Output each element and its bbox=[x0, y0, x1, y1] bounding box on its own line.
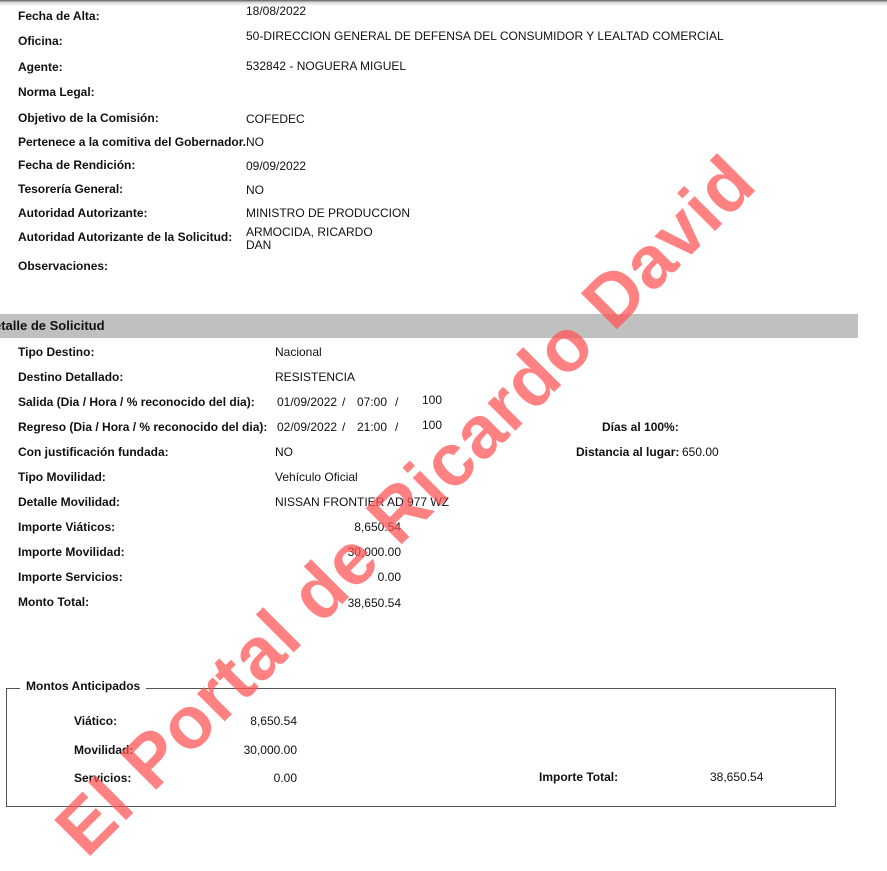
servicios-label: Servicios: bbox=[74, 771, 131, 785]
autoridad-solicitud-label: Autoridad Autorizante de la Solicitud: bbox=[18, 230, 232, 244]
oficina-label: Oficina: bbox=[18, 34, 63, 48]
regreso-percent: 100 bbox=[422, 418, 442, 432]
regreso-sep-1: / bbox=[342, 420, 345, 434]
objetivo-value: COFEDEC bbox=[246, 112, 305, 126]
montos-anticipados-title: Montos Anticipados bbox=[20, 679, 146, 693]
justificacion-value: NO bbox=[275, 445, 293, 459]
fecha-rendicion-value: 09/09/2022 bbox=[246, 159, 306, 173]
regreso-time: 21:00 bbox=[357, 420, 387, 434]
salida-sep-1: / bbox=[342, 395, 345, 409]
comitiva-value: NO bbox=[246, 135, 264, 149]
comitiva-label: Pertenece a la comitiva del Gobernador. bbox=[18, 135, 246, 149]
fecha-alta-value: 18/08/2022 bbox=[246, 4, 306, 18]
importe-movilidad-value: 30,000.00 bbox=[300, 545, 401, 559]
dias-100-label: Días al 100%: bbox=[602, 420, 679, 434]
detalle-solicitud-header: etalle de Solicitud bbox=[0, 314, 858, 338]
autoridad-autorizante-value: MINISTRO DE PRODUCCION bbox=[246, 206, 410, 220]
tipo-destino-label: Tipo Destino: bbox=[18, 345, 94, 359]
servicios-value: 0.00 bbox=[200, 771, 297, 785]
tipo-movilidad-value: Vehículo Oficial bbox=[275, 470, 358, 484]
movilidad-label: Movilidad: bbox=[74, 743, 133, 757]
autoridad-autorizante-label: Autoridad Autorizante: bbox=[18, 206, 148, 220]
autoridad-solicitud-line2: DAN bbox=[246, 239, 373, 252]
tesoreria-label: Tesorería General: bbox=[18, 182, 123, 196]
regreso-sep-2: / bbox=[395, 420, 398, 434]
distancia-value: 650.00 bbox=[682, 445, 719, 459]
objetivo-label: Objetivo de la Comisión: bbox=[18, 111, 159, 125]
fecha-alta-label: Fecha de Alta: bbox=[18, 9, 100, 23]
viatico-label: Viático: bbox=[74, 714, 117, 728]
importe-servicios-value: 0.00 bbox=[300, 570, 401, 584]
importe-viaticos-value: 8,650.54 bbox=[300, 520, 401, 534]
norma-legal-label: Norma Legal: bbox=[18, 85, 95, 99]
section-title: etalle de Solicitud bbox=[0, 318, 105, 333]
detalle-movilidad-label: Detalle Movilidad: bbox=[18, 495, 120, 509]
distancia-label: Distancia al lugar: bbox=[576, 445, 679, 459]
movilidad-value: 30,000.00 bbox=[200, 743, 297, 757]
destino-detallado-label: Destino Detallado: bbox=[18, 370, 123, 384]
regreso-label: Regreso (Dia / Hora / % reconocido del d… bbox=[18, 420, 267, 434]
tipo-movilidad-label: Tipo Movilidad: bbox=[18, 470, 106, 484]
fecha-rendicion-label: Fecha de Rendición: bbox=[18, 158, 135, 172]
salida-time: 07:00 bbox=[357, 395, 387, 409]
detalle-movilidad-value: NISSAN FRONTIER AD 977 WZ bbox=[275, 495, 449, 509]
salida-sep-2: / bbox=[395, 395, 398, 409]
autoridad-solicitud-value: ARMOCIDA, RICARDO DAN bbox=[246, 226, 373, 252]
agente-value: 532842 - NOGUERA MIGUEL bbox=[246, 59, 406, 73]
observaciones-label: Observaciones: bbox=[18, 259, 108, 273]
justificacion-label: Con justificación fundada: bbox=[18, 445, 169, 459]
viatico-value: 8,650.54 bbox=[200, 714, 297, 728]
tipo-destino-value: Nacional bbox=[275, 345, 322, 359]
page-top-edge bbox=[0, 0, 887, 6]
importe-servicios-label: Importe Servicios: bbox=[18, 570, 123, 584]
importe-total-value: 38,650.54 bbox=[710, 770, 763, 784]
importe-viaticos-label: Importe Viáticos: bbox=[18, 520, 115, 534]
agente-label: Agente: bbox=[18, 60, 63, 74]
salida-label: Salida (Dia / Hora / % reconocido del di… bbox=[18, 395, 255, 409]
monto-total-value: 38,650.54 bbox=[300, 596, 401, 610]
salida-date: 01/09/2022 bbox=[277, 395, 337, 409]
importe-movilidad-label: Importe Movilidad: bbox=[18, 545, 125, 559]
importe-total-label: Importe Total: bbox=[539, 770, 618, 784]
destino-detallado-value: RESISTENCIA bbox=[275, 370, 355, 384]
monto-total-label: Monto Total: bbox=[18, 595, 89, 609]
regreso-date: 02/09/2022 bbox=[277, 420, 337, 434]
salida-percent: 100 bbox=[422, 393, 442, 407]
oficina-value: 50-DIRECCION GENERAL DE DEFENSA DEL CONS… bbox=[246, 29, 724, 43]
tesoreria-value: NO bbox=[246, 183, 264, 197]
